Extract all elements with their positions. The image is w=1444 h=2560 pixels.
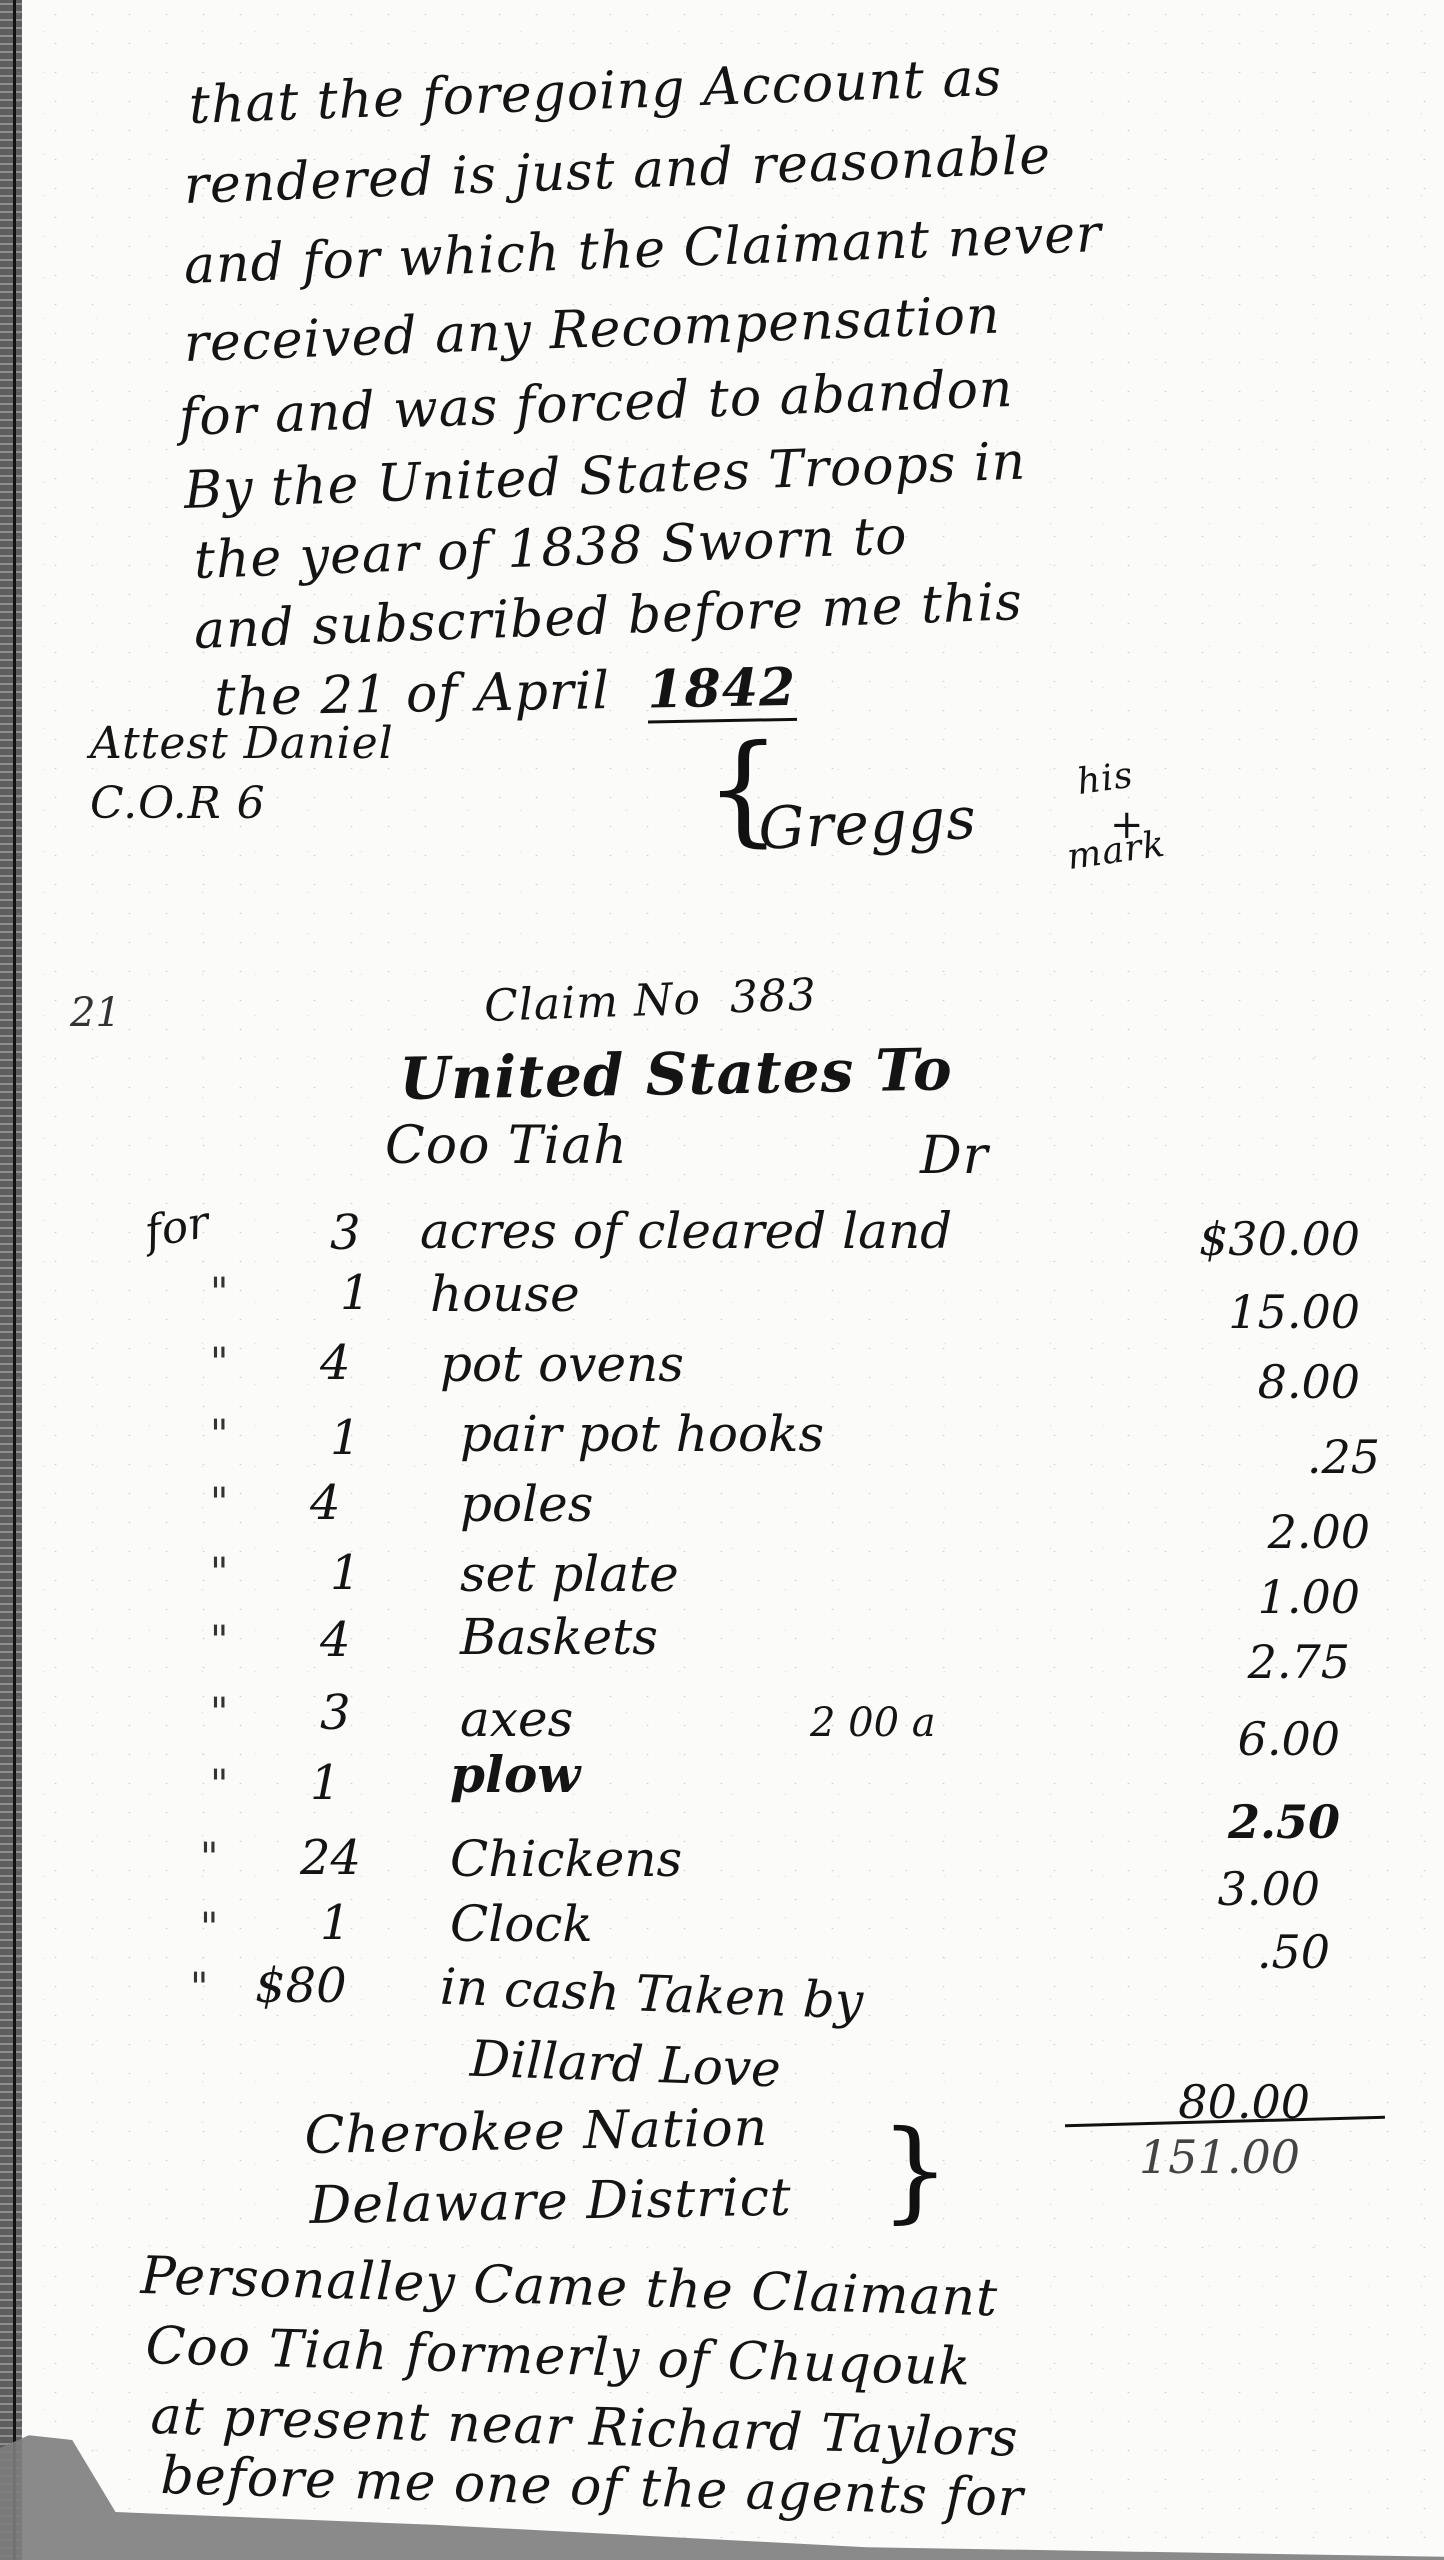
ledger-qty: 24 [300, 1830, 361, 1886]
ledger-amount: 3.00 [1100, 1862, 1320, 1916]
mark-label: mark [1065, 827, 1168, 876]
affidavit-date-line: the 21 of April 1842 [214, 662, 797, 724]
ledger-desc: in cash Taken by [439, 1958, 864, 2031]
jurisdiction-brace: { [880, 2115, 950, 2225]
ledger-qty: 4 [310, 1475, 341, 1531]
ledger-qty: 4 [320, 1612, 351, 1668]
ledger-amount: 1.00 [1140, 1570, 1360, 1624]
ledger-prefix: for [141, 1197, 213, 1258]
ledger-note: 2 00 a [810, 1700, 936, 1746]
affidavit-line: Coo Tiah formerly of Chuqouk [145, 2320, 972, 2394]
margin-mark: 21 [70, 990, 121, 1036]
ledger-amount: $30.00 [1140, 1212, 1360, 1266]
page-edge-left [0, 0, 22, 2560]
ditto-mark: " [190, 1965, 208, 2011]
ledger-desc: poles [460, 1475, 593, 1533]
mark-his: his [1075, 758, 1136, 801]
attest-line: Attest Daniel [90, 722, 394, 766]
ditto-mark: " [210, 1618, 228, 1664]
affidavit-line: the year of 1838 Sworn to [193, 510, 908, 587]
ledger-amount: .25 [1160, 1430, 1380, 1484]
ledger-desc: Baskets [460, 1608, 658, 1666]
claim-number-line: Claim No 383 [483, 973, 817, 1029]
ledger-desc: house [430, 1265, 580, 1323]
claim-number: 383 [729, 969, 818, 1023]
ledger-qty: 1 [330, 1410, 361, 1466]
ledger-qty: 1 [340, 1265, 371, 1321]
attest-line-2: C.O.R 6 [90, 782, 266, 826]
claim-dr: Dr [920, 1130, 989, 1182]
ledger-amount: 6.00 [1120, 1712, 1340, 1766]
ditto-mark: " [210, 1480, 228, 1526]
affidavit-line: rendered is just and reasonable [183, 130, 1052, 212]
ledger-desc-2: Dillard Love [469, 2030, 782, 2099]
ledger-qty: 1 [330, 1545, 361, 1601]
page-edge-line [13, 0, 16, 2560]
ditto-mark: " [210, 1762, 228, 1808]
jurisdiction-district: Delaware District [309, 2172, 792, 2232]
affidavit-year: 1842 [647, 657, 797, 724]
claim-label: Claim No [483, 973, 701, 1032]
ledger-desc: pot ovens [440, 1335, 684, 1393]
ledger-desc: plow [450, 1745, 580, 1804]
ledger-amount: 2.50 [1120, 1795, 1340, 1849]
ditto-mark: " [210, 1340, 228, 1386]
ledger-desc: Chickens [450, 1830, 682, 1888]
ditto-mark: " [210, 1412, 228, 1458]
ledger-desc: pair pot hooks [460, 1405, 824, 1463]
affidavit-line: for and was forced to abandon [178, 363, 1014, 444]
affidavit-line: and for which the Claimant never [183, 208, 1103, 292]
ledger-total: 151.00 [1080, 2130, 1300, 2184]
jurisdiction-nation: Cherokee Nation [304, 2102, 768, 2162]
ditto-mark: " [210, 1270, 228, 1316]
ditto-mark: " [200, 1905, 218, 1951]
ledger-amount: 2.75 [1130, 1635, 1350, 1689]
ledger-desc: Clock [450, 1895, 593, 1953]
ledger-qty: 4 [320, 1335, 351, 1391]
claim-title: United States To [399, 1040, 953, 1108]
ledger-qty: $80 [255, 1958, 347, 2014]
ledger-amount: 2.00 [1150, 1505, 1370, 1559]
ditto-mark: " [210, 1690, 228, 1736]
affidavit-line: By the United States Troops in [183, 436, 1027, 517]
ledger-qty: 3 [330, 1205, 361, 1261]
ledger-desc: acres of cleared land [420, 1202, 952, 1260]
affidavit-line: that the foregoing Account as [188, 52, 1003, 132]
ledger-amount: 15.00 [1140, 1285, 1360, 1339]
ledger-desc: set plate [460, 1545, 679, 1603]
ditto-mark: " [200, 1835, 218, 1881]
signature-name: Greggs [757, 789, 978, 858]
ledger-amount: 8.00 [1140, 1355, 1360, 1409]
affidavit-line: received any Recompensation [183, 290, 1001, 370]
ledger-qty: 3 [320, 1685, 351, 1741]
ledger-qty: 1 [310, 1755, 341, 1811]
affidavit-line: Personalley Came the Claimant [140, 2250, 999, 2324]
ditto-mark: " [210, 1550, 228, 1596]
ledger-desc: axes [460, 1690, 573, 1748]
ledger-amount: .50 [1110, 1925, 1330, 1979]
ledger-qty: 1 [320, 1895, 351, 1951]
affidavit-line: and subscribed before me this [193, 576, 1023, 657]
claimant-name: Coo Tiah [385, 1120, 628, 1172]
